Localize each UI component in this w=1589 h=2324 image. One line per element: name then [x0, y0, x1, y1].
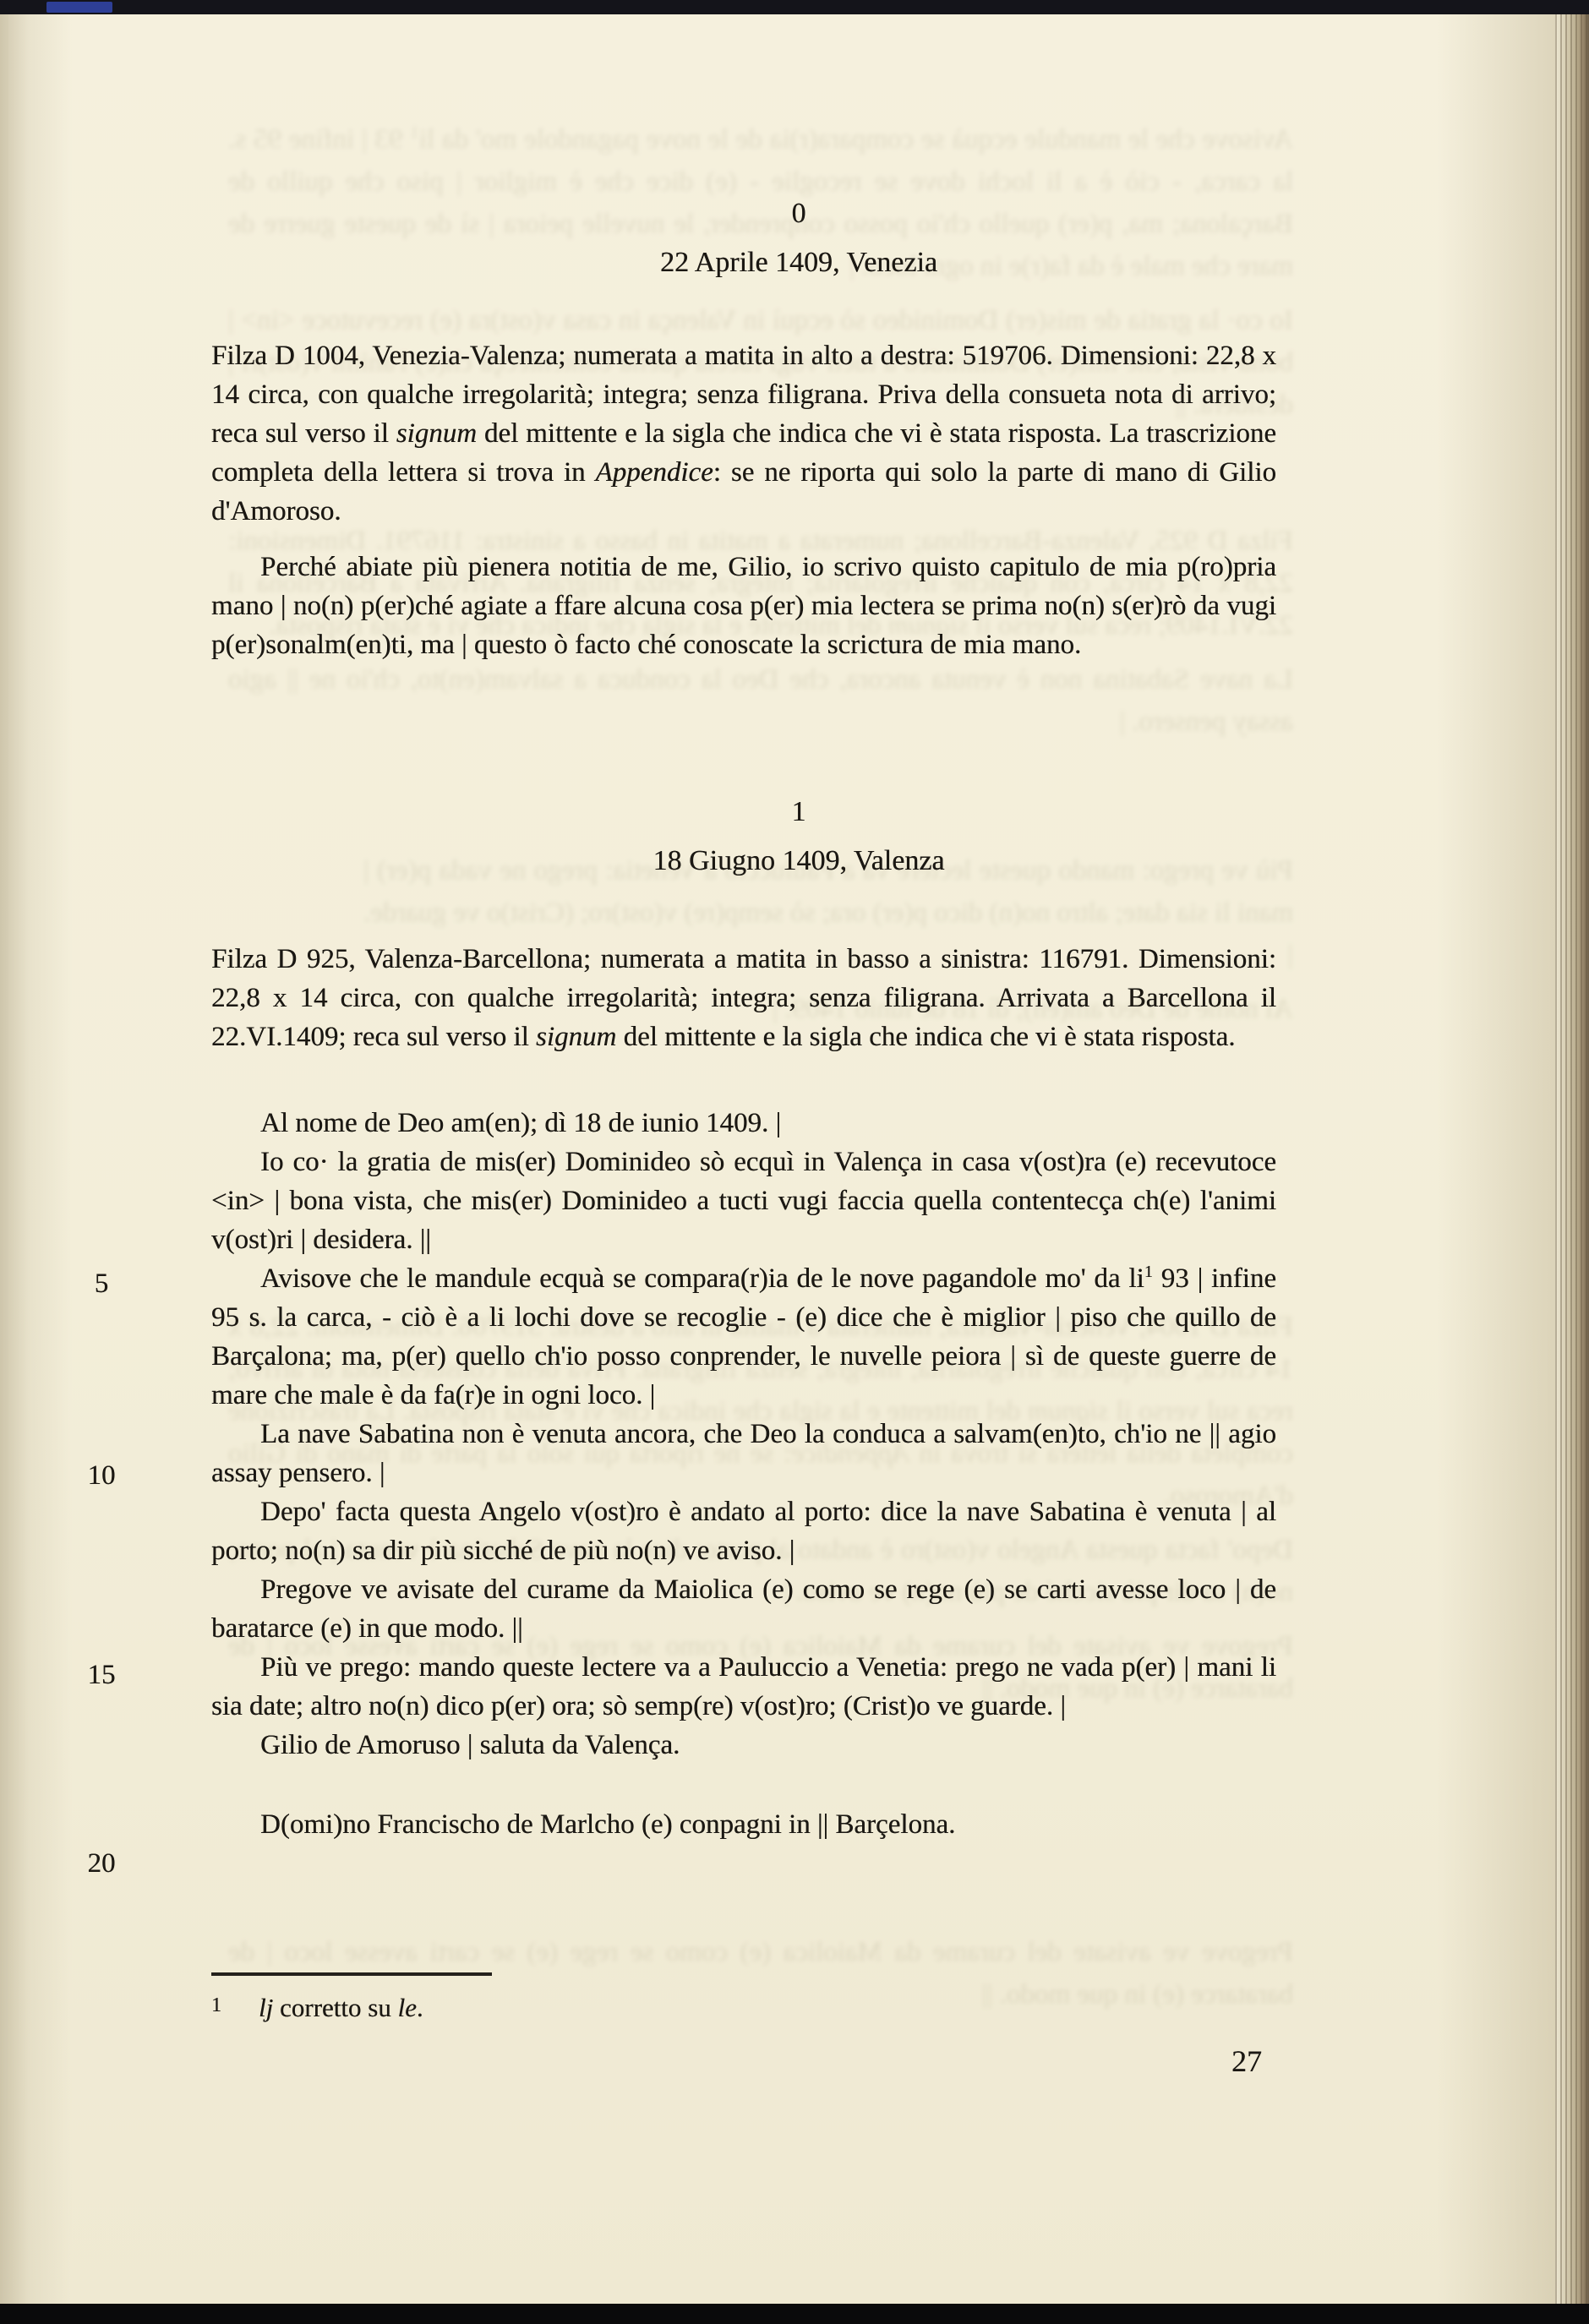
- letter-dateline: 22 Aprile 1409, Venezia: [211, 243, 1276, 282]
- book-cover-bottom-edge: [0, 2304, 1589, 2324]
- letter-paragraph: Gilio de Amoruso | saluta da Valença.: [211, 1726, 1276, 1765]
- bookmark-ribbon: [46, 2, 112, 13]
- letter-paragraph: La nave Sabatina non è venuta ancora, ch…: [211, 1415, 1276, 1492]
- letter-description: Filza D 925, Valenza-Barcellona; numerat…: [211, 940, 1276, 1056]
- letter-paragraph: Io co· la gratia de mis(er) Dominideo sò…: [211, 1143, 1276, 1259]
- page-left-gutter-shadow: [0, 14, 72, 2304]
- letter-paragraph: Più ve prego: mando queste lectere va a …: [211, 1648, 1276, 1726]
- margin-line-number: 5: [74, 1264, 128, 1303]
- book-cover-top-edge: [0, 0, 1589, 14]
- letter-description: Filza D 1004, Venezia-Valenza; numerata …: [211, 336, 1276, 531]
- letter-paragraph: Al nome de Deo am(en); dì 18 de iunio 14…: [211, 1104, 1276, 1143]
- page-number: 27: [1209, 2042, 1285, 2081]
- letter-paragraph: Avisove che le mandule ecquà se compara(…: [211, 1259, 1276, 1415]
- footnote-divider: [211, 1972, 492, 1976]
- letter-number-heading: 1: [211, 793, 1276, 832]
- margin-line-number: 10: [74, 1456, 128, 1495]
- letter-address-paragraph: D(omi)no Francischo de Marlcho (e) conpa…: [211, 1805, 1276, 1844]
- description-paragraph: Filza D 1004, Venezia-Valenza; numerata …: [211, 336, 1276, 531]
- letter-dateline: 18 Giugno 1409, Valenza: [211, 842, 1276, 881]
- letter-paragraph: Pregove ve avisate del curame da Maiolic…: [211, 1570, 1276, 1648]
- footnote-marker: 1: [211, 1988, 259, 2023]
- letter-body: Al nome de Deo am(en); dì 18 de iunio 14…: [211, 1104, 1276, 1844]
- letter-paragraph: Perché abiate più pienera notitia de me,…: [211, 548, 1276, 664]
- letter-paragraph: Depo' facta questa Angelo v(ost)ro è and…: [211, 1492, 1276, 1570]
- page-stack-edge: [1555, 14, 1589, 2304]
- margin-line-number: 15: [74, 1656, 128, 1694]
- book-page-scan: Avisove che le mandule ecquà se compara(…: [0, 0, 1589, 2324]
- footnote: 1lj corretto su le.: [211, 1988, 1276, 2026]
- footnote-text: lj corretto su le.: [259, 1993, 423, 2022]
- letter-number-heading: 0: [211, 194, 1276, 233]
- letter-body: Perché abiate più pienera notitia de me,…: [211, 548, 1276, 664]
- margin-line-number: 20: [74, 1844, 128, 1883]
- page-right-curve-shadow: [1437, 14, 1555, 2304]
- description-paragraph: Filza D 925, Valenza-Barcellona; numerat…: [211, 940, 1276, 1056]
